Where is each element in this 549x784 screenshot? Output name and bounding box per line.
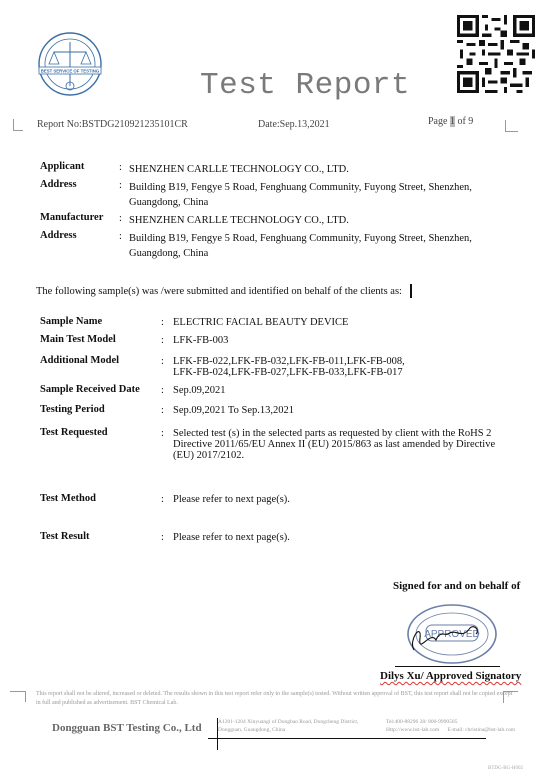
footer-horizontal-rule [208, 738, 486, 739]
signed-for-label: Signed for and on behalf of [393, 580, 520, 592]
field-value: LFK-FB-003 [173, 335, 228, 346]
company-contact: Tel:400-88296 28/ 800-9990505 Http://www… [386, 718, 515, 734]
intro-text: The following sample(s) was /were submit… [36, 286, 402, 297]
text-cursor [410, 284, 412, 298]
field-value: Building B19, Fengye 5 Road, Fenghuang C… [129, 231, 472, 261]
signatory-name: Dilys Xu/ Approved Signatory [380, 670, 521, 682]
page-indicator: Page 1 of 9 [428, 116, 473, 127]
field-value: LFK-FB-022,LFK-FB-032,LFK-FB-011,LFK-FB-… [173, 356, 405, 378]
field-separator: : [161, 317, 164, 328]
page-title: Test Report [200, 68, 410, 103]
approved-stamp-icon: APPROVED [400, 600, 498, 668]
field-value: SHENZHEN CARLLE TECHNOLOGY CO., LTD. [129, 213, 349, 228]
field-label: Address [40, 230, 77, 241]
field-value: Please refer to next page(s). [173, 532, 290, 543]
footer-corner-left [10, 691, 25, 703]
header-corner-left-h [13, 130, 23, 132]
field-separator: : [161, 405, 164, 416]
company-name: Dongguan BST Testing Co., Ltd [52, 722, 202, 734]
field-separator: : [119, 213, 122, 224]
signature-line [395, 666, 500, 667]
field-separator: : [161, 494, 164, 505]
field-label: Sample Received Date [40, 384, 140, 395]
field-label: Test Requested [40, 427, 108, 438]
field-separator: : [119, 231, 122, 242]
report-date: Date:Sep.13,2021 [258, 119, 330, 130]
bst-seal-logo-icon: BEST SERVICE OF TESTING [36, 30, 104, 98]
field-value: Selected test (s) in the selected parts … [173, 428, 495, 461]
field-value: Sep.09,2021 To Sep.13,2021 [173, 405, 294, 416]
field-value: SHENZHEN CARLLE TECHNOLOGY CO., LTD. [129, 162, 349, 177]
field-label: Address [40, 179, 77, 190]
field-separator: : [161, 428, 164, 439]
field-separator: : [161, 335, 164, 346]
company-address: A1201-1204 Xinyuangi of Dongbao Road, Do… [218, 718, 358, 734]
header-corner-right [505, 120, 518, 132]
qr-code-icon [457, 15, 535, 93]
field-label: Sample Name [40, 316, 102, 327]
field-value: ELECTRIC FACIAL BEAUTY DEVICE [173, 317, 348, 328]
field-value: Sep.09,2021 [173, 385, 226, 396]
field-label: Main Test Model [40, 334, 116, 345]
field-separator: : [161, 385, 164, 396]
field-label: Test Result [40, 531, 90, 542]
svg-text:APPROVED: APPROVED [424, 629, 480, 640]
field-separator: : [161, 356, 164, 367]
field-separator: : [119, 180, 122, 191]
form-code: BTDG-BG-H002 [488, 766, 523, 771]
field-value: Building B19, Fengye 5 Road, Fenghuang C… [129, 180, 472, 210]
field-value: Please refer to next page(s). [173, 494, 290, 505]
footer-corner-left-v [25, 691, 27, 702]
field-label: Applicant [40, 161, 84, 172]
field-label: Test Method [40, 493, 96, 504]
field-separator: : [119, 162, 122, 173]
field-separator: : [161, 532, 164, 543]
report-number: Report No:BSTDG210921235101CR [37, 119, 188, 130]
field-label: Manufacturer [40, 212, 103, 223]
disclaimer-text: This report shall not be altered, increa… [36, 690, 516, 708]
field-label: Additional Model [40, 355, 119, 366]
field-label: Testing Period [40, 404, 105, 415]
svg-text:BEST SERVICE OF TESTING: BEST SERVICE OF TESTING [41, 69, 100, 74]
